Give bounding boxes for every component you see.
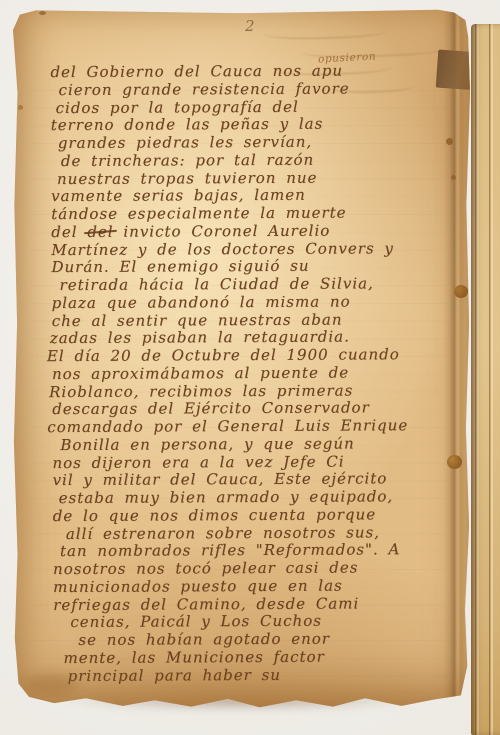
manuscript-line: plaza que abandonó la misma no (52, 293, 456, 313)
ink-stain-spot (447, 455, 462, 469)
manuscript-line: Bonilla en persona, y que según (60, 435, 456, 455)
manuscript-line: se nos habían agotado enor (78, 630, 457, 650)
handwritten-text-block: del Gobierno del Cauca nos apucieron gra… (50, 62, 457, 685)
manuscript-line: de trincheras: por tal razón (61, 151, 455, 171)
manuscript-line: nos aproximábamos al puente de (52, 364, 456, 384)
corner-discoloration (27, 673, 77, 695)
foxing-spot (446, 138, 453, 145)
manuscript-line: retirada hácia la Ciudad de Silvia, (59, 275, 455, 295)
manuscript-line: cieron grande resistencia favore (58, 80, 454, 100)
ink-stain-spot (454, 285, 468, 298)
foxing-spot (18, 105, 23, 110)
manuscript-line: comandado por el General Luis Enrique (47, 417, 456, 437)
manuscript-line: El día 20 de Octubre del 1900 cuando (47, 346, 456, 366)
manuscript-line: de lo que nos dimos cuenta porque (53, 506, 457, 526)
manuscript-line: principal para haber su (68, 665, 458, 685)
manuscript-line: estaba muy bien armado y equipado, (59, 488, 457, 508)
book-pages-edge (471, 24, 500, 735)
manuscript-line: tándose especialmente la muerte (51, 204, 455, 224)
foxing-spot (451, 175, 456, 180)
page-number: 2 (245, 17, 256, 35)
manuscript-line: grandes piedras les servían, (58, 133, 455, 153)
photographed-manuscript: 2 opusieron del Gobierno del Cauca nos a… (0, 0, 500, 735)
manuscript-page: 2 opusieron del Gobierno del Cauca nos a… (13, 9, 470, 708)
ink-bleedthrough-mark (265, 23, 387, 40)
manuscript-line: municionados puesto que en las (53, 577, 457, 597)
manuscript-line: nosotros nos tocó pelear casi des (53, 559, 457, 579)
manuscript-line: mente, las Municiones factor (63, 648, 457, 668)
manuscript-line: del Gobierno del Cauca nos apu (50, 62, 454, 82)
edge-nick (39, 11, 46, 15)
